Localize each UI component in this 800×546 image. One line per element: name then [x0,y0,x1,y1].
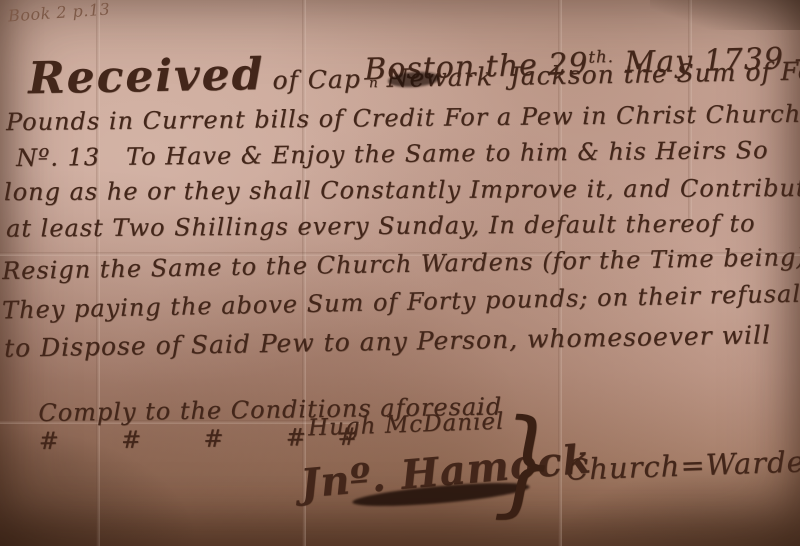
opening-text: Jackson the Sum of Forty [500,56,800,91]
signature-brace: } [492,404,559,522]
manuscript-line: at least Two Shillings every Sunday, In … [6,209,756,242]
photograph-of-receipt: Book 2 p.13 Boston the 29th. May 1739 — … [0,0,800,546]
opening-text: of Cap [272,64,361,95]
buyer-name: Newark [386,62,493,93]
manuscript-line: long as he or they shall Constantly Impr… [4,174,800,206]
opening-sup: n [369,75,379,91]
opening-word: Received [28,49,265,104]
